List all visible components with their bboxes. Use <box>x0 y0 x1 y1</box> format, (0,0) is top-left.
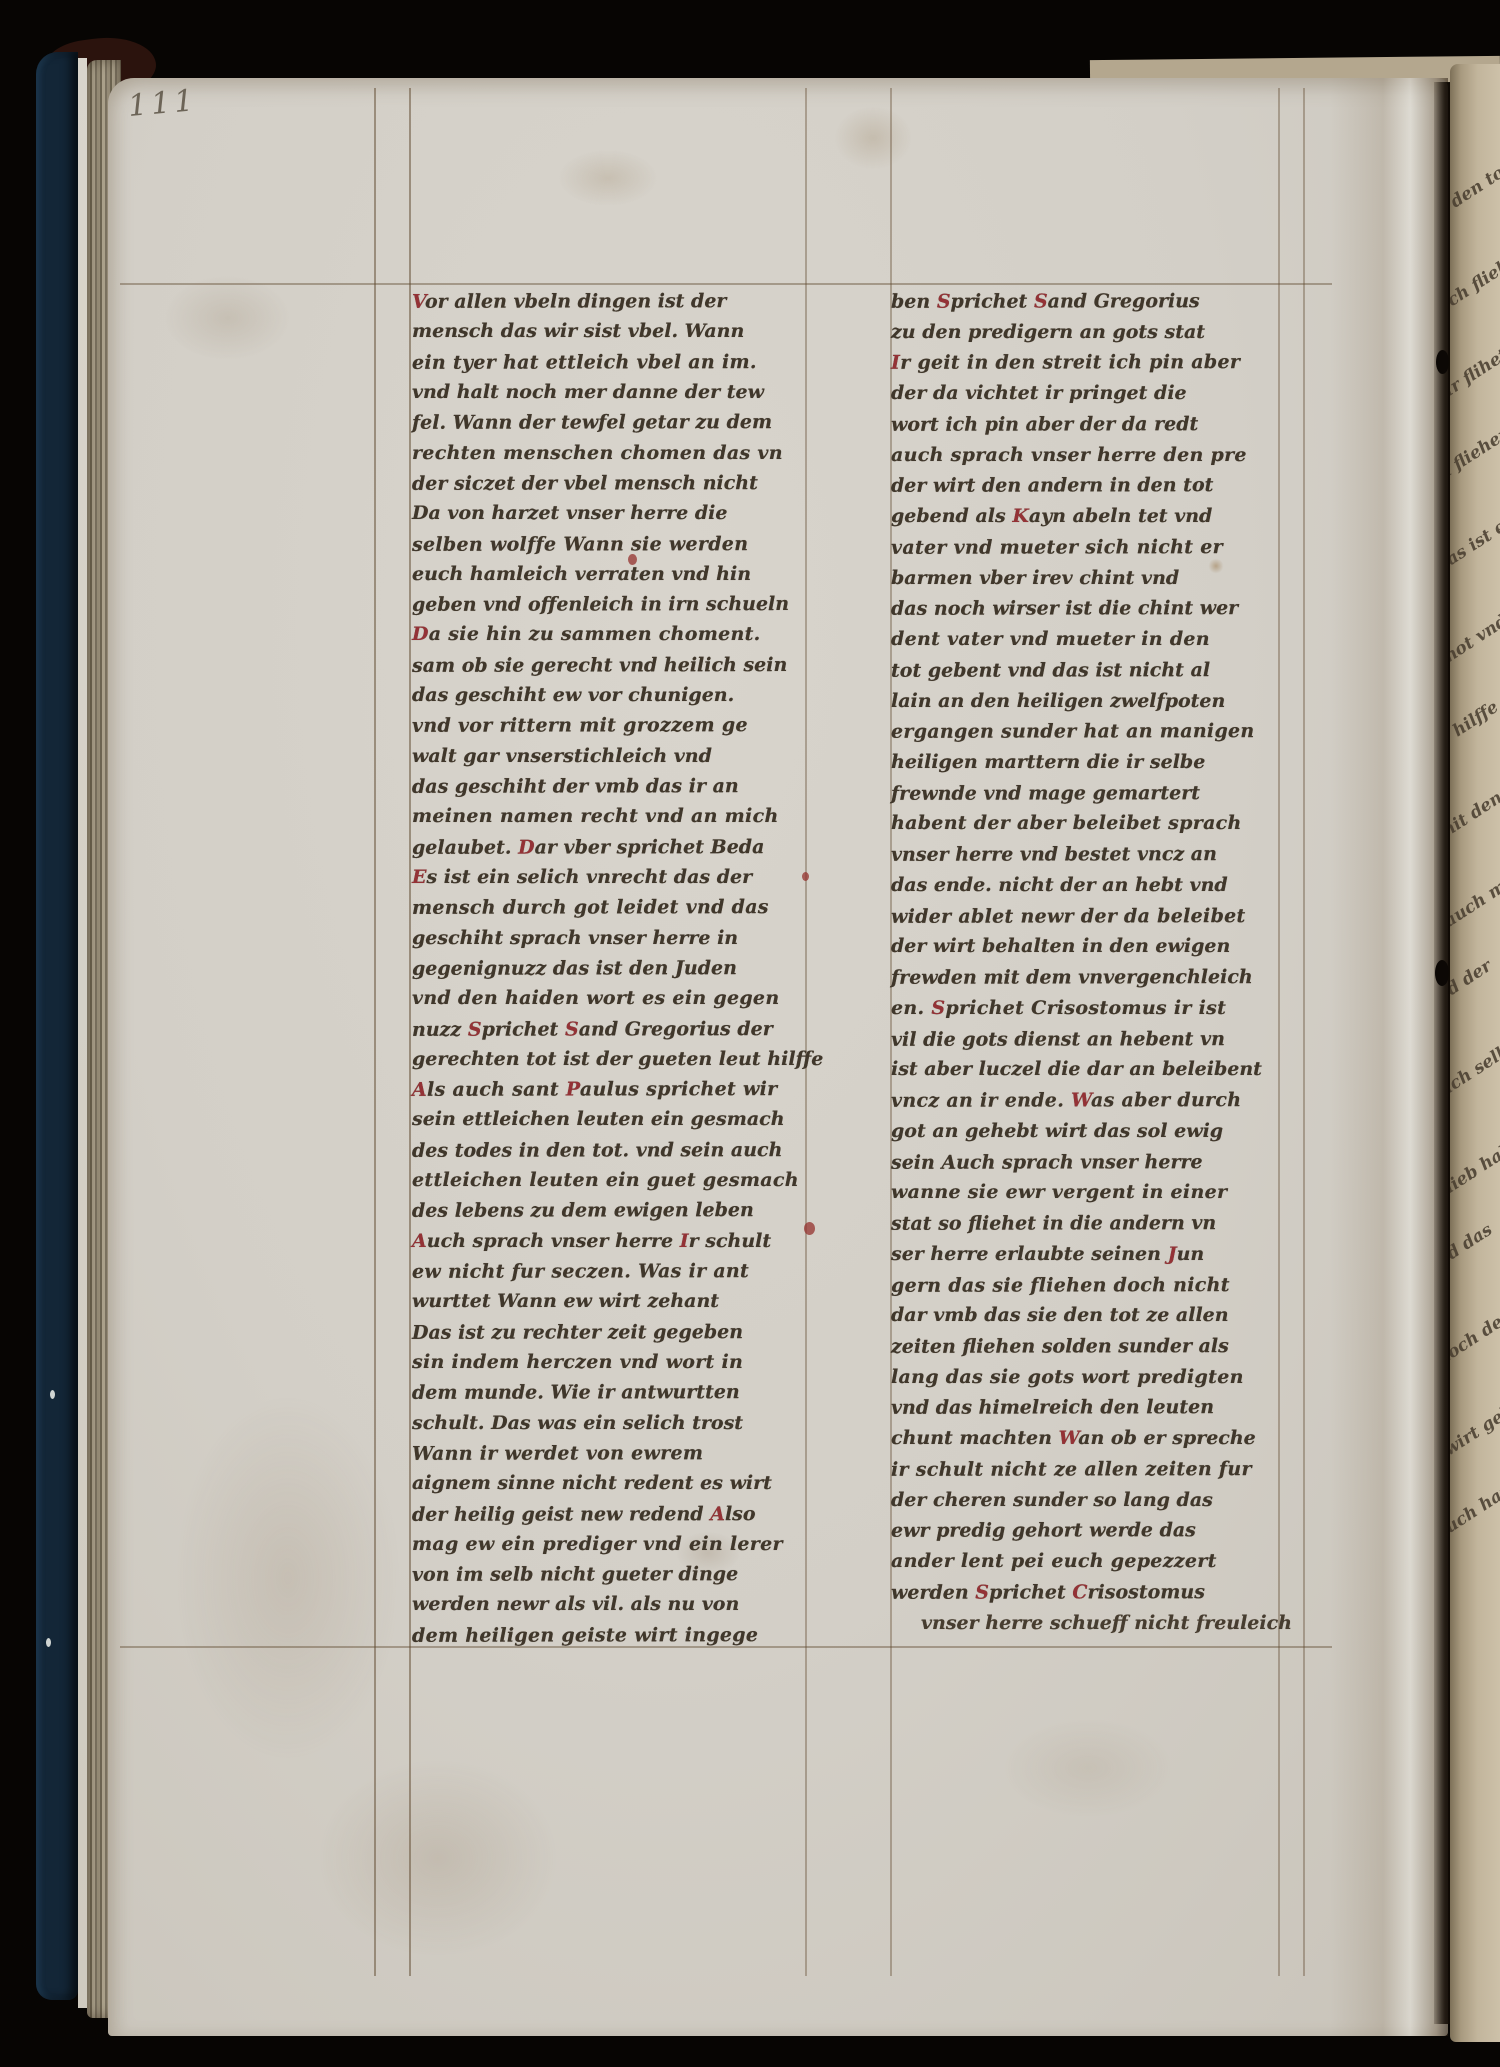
text-line: vnser herre schueff nicht freuleich <box>921 1612 1279 1634</box>
rubricated-letter: S <box>931 997 945 1019</box>
next-leaf-text-fragment: vnd das <box>1450 1220 1496 1276</box>
next-leaf-page: in den totoch fliehenIr flihet nzu flieh… <box>1450 64 1500 2042</box>
text-line: ben Sprichet Sand Gregorius <box>891 290 1279 313</box>
text-line: rechten menschen chomen das vn <box>412 442 812 464</box>
rubricated-letter: D <box>412 623 429 645</box>
text-line: Auch sprach vnser herre Ir schult <box>412 1230 812 1252</box>
text-line: Da von harzet vnser herre die <box>412 502 812 524</box>
text-line: vnd den haiden wort es ein gegen <box>412 987 812 1009</box>
next-leaf-text-fragment: so hilffe m <box>1450 684 1500 756</box>
rubricated-letter: K <box>1012 505 1029 527</box>
text-line: aignem sinne nicht redent es wirt <box>412 1472 812 1494</box>
rubricated-letter: S <box>468 1018 482 1040</box>
text-line: tot gebent vnd das ist nicht al <box>891 659 1279 682</box>
text-line: fel. Wann der tewfel getar zu dem <box>412 411 812 434</box>
text-line: mensch durch got leidet vnd das <box>412 896 812 919</box>
text-line: vnser herre vnd bestet vncz an <box>891 843 1279 866</box>
binding-knot <box>1435 960 1449 986</box>
text-line: sein Auch sprach vnser herre <box>891 1151 1279 1174</box>
text-line: ser herre erlaubte seinen Jun <box>891 1243 1279 1265</box>
text-line: wurttet Wann ew wirt zehant <box>412 1290 812 1312</box>
text-line: mag ew ein prediger vnd ein lerer <box>412 1533 812 1555</box>
rubricated-letter: E <box>412 866 426 888</box>
next-leaf-text-fragment: mit den So <box>1450 772 1500 845</box>
text-line: von im selb nicht gueter dinge <box>412 1563 812 1586</box>
text-line: sin indem herczen vnd wort in <box>412 1351 812 1373</box>
text-line: werden newr als vil. als nu von <box>412 1593 812 1615</box>
ruling-line-horizontal <box>120 283 1332 285</box>
ruling-line-vertical <box>409 88 411 1976</box>
next-leaf-text-fragment: vnd der <box>1450 956 1495 1012</box>
text-line: wort ich pin aber der da redt <box>891 413 1279 436</box>
rubricated-letter: S <box>975 1581 989 1603</box>
text-line: sam ob sie gerecht vnd heilich sein <box>412 654 812 677</box>
text-line: ew nicht fur seczen. Was ir ant <box>412 1260 812 1283</box>
rubricated-letter: C <box>1072 1581 1087 1603</box>
book-binding-edge <box>36 52 78 2000</box>
text-line: wider ablet newr der da beleibet <box>891 905 1279 928</box>
ruling-line-vertical <box>374 88 376 1976</box>
text-line: ir schult nicht ze allen zeiten fur <box>891 1458 1279 1481</box>
text-line: zu den predigern an gots stat <box>891 321 1279 343</box>
text-line: meinen namen recht vnd an mich <box>412 805 812 827</box>
text-line: vater vnd mueter sich nicht er <box>891 536 1279 559</box>
text-line: frewnde vnd mage gemartert <box>891 782 1279 805</box>
rubricated-letter: J <box>1168 1243 1177 1265</box>
text-line: got an gehebt wirt das sol ewig <box>891 1120 1279 1142</box>
text-line: euch hamleich verraten vnd hin <box>412 563 812 585</box>
page-edge-highlight <box>78 58 87 2008</box>
rubricated-letter: I <box>891 352 900 374</box>
binding-knot <box>1436 350 1449 374</box>
text-column-left: Vor allen vbeln dingen ist dermensch das… <box>412 290 812 1646</box>
text-line: frewden mit dem vnvergenchleich <box>891 966 1279 989</box>
text-line: walt gar vnserstichleich vnd <box>412 745 812 767</box>
text-line: das ende. nicht der an hebt vnd <box>891 874 1279 896</box>
text-line: der da vichtet ir pringet die <box>891 382 1279 404</box>
text-line: ein tyer hat ettleich vbel an im. <box>412 351 812 374</box>
text-line: wanne sie ewr vergent in einer <box>891 1181 1279 1203</box>
text-line: dem heiligen geiste wirt ingege <box>412 1624 812 1647</box>
text-line: lang das sie gots wort predigten <box>891 1366 1279 1388</box>
rubricated-letter: W <box>1071 1089 1091 1111</box>
rubricated-letter: A <box>710 1503 725 1525</box>
text-line: Es ist ein selich vnrecht das der <box>412 866 812 888</box>
text-line: der cheren sunder so lang das <box>891 1489 1279 1511</box>
rubricated-letter: I <box>680 1230 689 1252</box>
text-line: dem munde. Wie ir antwurtten <box>412 1381 812 1404</box>
rubricated-letter: W <box>1059 1427 1079 1449</box>
next-leaf-text-fragment: zu fliehen <box>1450 422 1500 489</box>
text-line: ewr predig gehort werde das <box>891 1519 1279 1542</box>
next-leaf-text-fragment: in den tot <box>1450 158 1500 225</box>
ruling-line-horizontal <box>120 1646 1332 1648</box>
text-line: lain an den heiligen zwelfpoten <box>891 690 1279 712</box>
rubricated-letter: D <box>518 836 535 858</box>
next-leaf-text-fragment: Ir flihet n <box>1450 335 1500 401</box>
text-line: der wirt behalten in den ewigen <box>891 935 1279 957</box>
ruling-line-vertical <box>1303 88 1305 1976</box>
text-line: des lebens zu dem ewigen leben <box>412 1199 812 1222</box>
manuscript-page: 111 Vor allen vbeln dingen ist dermensch… <box>108 78 1448 2036</box>
text-line: vnd das himelreich den leuten <box>891 1396 1279 1419</box>
text-line: vncz an ir ende. Was aber durch <box>891 1089 1279 1112</box>
rubricated-letter: V <box>412 291 425 313</box>
text-line: gern das sie fliehen doch nicht <box>891 1273 1279 1296</box>
text-line: gerechten tot ist der gueten leut hilffe <box>412 1048 812 1070</box>
text-line: heiligen marttern die ir selbe <box>891 751 1279 773</box>
text-line: gegenignuzz das ist den Juden <box>412 957 812 980</box>
text-line: Wann ir werdet von ewrem <box>412 1442 812 1465</box>
text-line: vil die gots dienst an hebent vn <box>891 1028 1279 1051</box>
text-line: mensch das wir sist vbel. Wann <box>412 320 812 342</box>
text-line: chunt machten Wan ob er spreche <box>891 1427 1279 1449</box>
text-line: das geschiht der vmb das ir an <box>412 775 812 798</box>
text-line: vnd halt noch mer danne der tew <box>412 381 812 403</box>
text-line: ander lent pei euch gepezzert <box>891 1550 1279 1572</box>
text-line: zeiten fliehen solden sunder als <box>891 1335 1279 1358</box>
text-column-right: ben Sprichet Sand Gregoriuszu den predig… <box>891 290 1279 1634</box>
text-line: nuzz Sprichet Sand Gregorius der <box>412 1017 812 1040</box>
text-line: der siczet der vbel mensch nicht <box>412 472 812 495</box>
text-line: geschiht sprach vnser herre in <box>412 927 812 949</box>
text-line: das noch wirser ist die chint wer <box>891 597 1279 620</box>
text-line: ettleichen leuten ein guet gesmach <box>412 1169 812 1191</box>
text-line: geben vnd offenleich in irn schueln <box>412 593 812 616</box>
rubricated-letter: A <box>412 1230 427 1252</box>
rubricated-letter: S <box>1034 290 1048 312</box>
text-line: Da sie hin zu sammen choment. <box>412 623 812 645</box>
text-line: gelaubet. Dar vber sprichet Beda <box>412 836 812 859</box>
next-leaf-text-fragment: wirt geben <box>1450 1388 1500 1460</box>
text-line: barmen vber irev chint vnd <box>891 567 1279 589</box>
text-line: schult. Das was ein selich trost <box>412 1412 812 1434</box>
text-line: des todes in den tot. vnd sein auch <box>412 1139 812 1162</box>
text-line: auch sprach vnser herre den pre <box>891 444 1279 466</box>
manuscript-photo: 111 Vor allen vbeln dingen ist dermensch… <box>0 0 1500 2067</box>
next-leaf-text-fragment: sich selb <box>1450 1041 1500 1103</box>
text-line: Ir geit in den streit ich pin aber <box>891 351 1279 374</box>
text-line: sein ettleichen leuten ein gesmach <box>412 1108 812 1130</box>
text-line: habent der aber beleibet sprach <box>891 812 1279 834</box>
next-leaf-text-fragment: das ist er <box>1450 512 1500 577</box>
next-leaf-text-fragment: lauch hart <box>1450 1477 1500 1548</box>
text-line: gebend als Kayn abeln tet vnd <box>891 505 1279 527</box>
text-line: ist aber luczel die dar an beleibent <box>891 1058 1279 1080</box>
text-line: dent vater vnd mueter in den <box>891 628 1279 650</box>
binding-speck <box>46 1638 51 1647</box>
next-leaf-text-fragment: och fliehen <box>1450 243 1500 317</box>
text-line: dar vmb das sie den tot ze allen <box>891 1304 1279 1326</box>
rubricated-letter: P <box>566 1079 580 1101</box>
text-line: der wirt den andern in den tot <box>891 474 1279 497</box>
next-leaf-text-fragment: noch dem <box>1450 1302 1500 1369</box>
text-line: stat so fliehet in die andern vn <box>891 1212 1279 1235</box>
text-line: Das ist zu rechter zeit gegeben <box>412 1321 812 1344</box>
text-line: ergangen sunder hat an manigen <box>891 720 1279 743</box>
text-line: vnd vor rittern mit grozzem ge <box>412 714 812 737</box>
text-line: der heilig geist new redend Also <box>412 1502 812 1525</box>
text-line: Vor allen vbeln dingen ist der <box>412 290 812 313</box>
next-leaf-text-fragment: lieb habent <box>1450 1122 1500 1198</box>
rubricated-letter: A <box>412 1079 427 1101</box>
rubricated-letter: S <box>565 1018 579 1040</box>
text-line: selben wolffe Wann sie werden <box>412 532 812 555</box>
text-line: Als auch sant Paulus sprichet wir <box>412 1078 812 1101</box>
binding-speck <box>50 1390 55 1399</box>
folio-number: 111 <box>127 83 199 124</box>
rubricated-letter: S <box>937 291 951 313</box>
text-line: das geschiht ew vor chunigen. <box>412 684 812 706</box>
next-leaf-text-fragment: auch mein <box>1450 860 1500 931</box>
next-leaf-text-fragment: not vnd er <box>1450 597 1500 667</box>
text-line: en. Sprichet Crisostomus ir ist <box>891 997 1279 1019</box>
text-line: werden Sprichet Crisostomus <box>891 1581 1279 1604</box>
